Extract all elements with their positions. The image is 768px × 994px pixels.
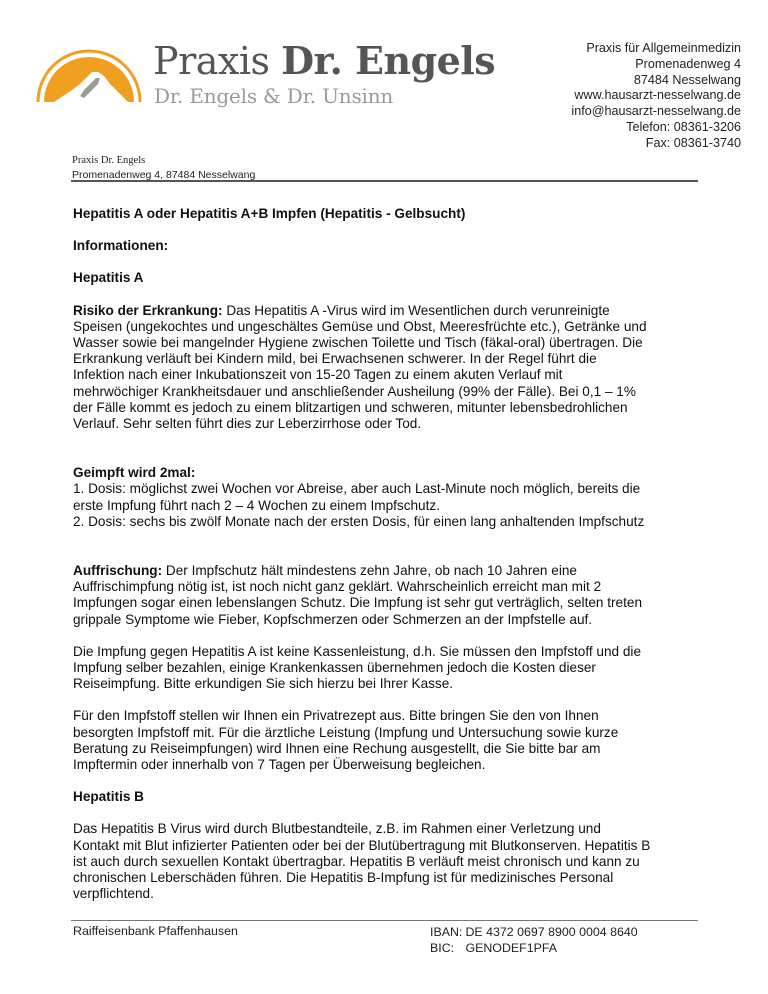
- footer-bank-details: IBAN: DE 4372 0697 8900 0004 8640 BIC: G…: [430, 924, 638, 956]
- booster-paragraph: Auffrischung: Der Impfschutz hält mindes…: [73, 563, 713, 628]
- doses-paragraph: Geimpft wird 2mal: 1. Dosis: möglichst z…: [73, 465, 713, 530]
- bic-label: BIC:: [430, 940, 462, 956]
- contact-street: Promenadenweg 4: [571, 57, 741, 73]
- document-body: Hepatitis A oder Hepatitis A+B Impfen (H…: [73, 206, 713, 903]
- footer-divider: [71, 920, 698, 921]
- sender-name: Praxis Dr. Engels: [72, 154, 255, 167]
- header-divider: [71, 180, 698, 182]
- hep-a-heading: Hepatitis A: [73, 270, 713, 286]
- website-link[interactable]: www.hausarzt-nesselwang.de: [571, 88, 741, 104]
- bic-value: GENODEF1PFA: [465, 941, 557, 955]
- brand-title: Praxis Dr. Engels: [153, 38, 495, 83]
- doses-heading: Geimpft wird 2mal:: [73, 465, 713, 481]
- practice-type: Praxis für Allgemeinmedizin: [571, 41, 741, 57]
- cost-paragraph: Die Impfung gegen Hepatitis A ist keine …: [73, 644, 713, 693]
- contact-fax: Fax: 08361-3740: [571, 136, 741, 152]
- sender-line: Praxis Dr. Engels Promenadenweg 4, 87484…: [72, 154, 255, 182]
- sun-mountain-logo-icon: [34, 32, 144, 104]
- prescription-paragraph: Für den Impfstoff stellen wir Ihnen ein …: [73, 708, 713, 773]
- contact-block: Praxis für Allgemeinmedizin Promenadenwe…: [571, 41, 741, 152]
- contact-phone: Telefon: 08361-3206: [571, 120, 741, 136]
- risk-label: Risiko der Erkrankung:: [73, 303, 223, 318]
- risk-paragraph: Risiko der Erkrankung: Das Hepatitis A -…: [73, 303, 713, 433]
- booster-label: Auffrischung:: [73, 563, 162, 578]
- hep-b-paragraph: Das Hepatitis B Virus wird durch Blutbes…: [73, 821, 713, 902]
- email-link[interactable]: info@hausarzt-nesselwang.de: [571, 104, 741, 120]
- info-heading: Informationen:: [73, 238, 713, 254]
- iban-value: DE 4372 0697 8900 0004 8640: [465, 925, 637, 939]
- document-title: Hepatitis A oder Hepatitis A+B Impfen (H…: [73, 206, 713, 222]
- brand-subtitle: Dr. Engels & Dr. Unsinn: [154, 84, 393, 108]
- contact-city: 87484 Nesselwang: [571, 73, 741, 89]
- footer-bank-name: Raiffeisenbank Pfaffenhausen: [73, 924, 238, 938]
- hep-b-heading: Hepatitis B: [73, 789, 713, 805]
- iban-label: IBAN:: [430, 924, 462, 940]
